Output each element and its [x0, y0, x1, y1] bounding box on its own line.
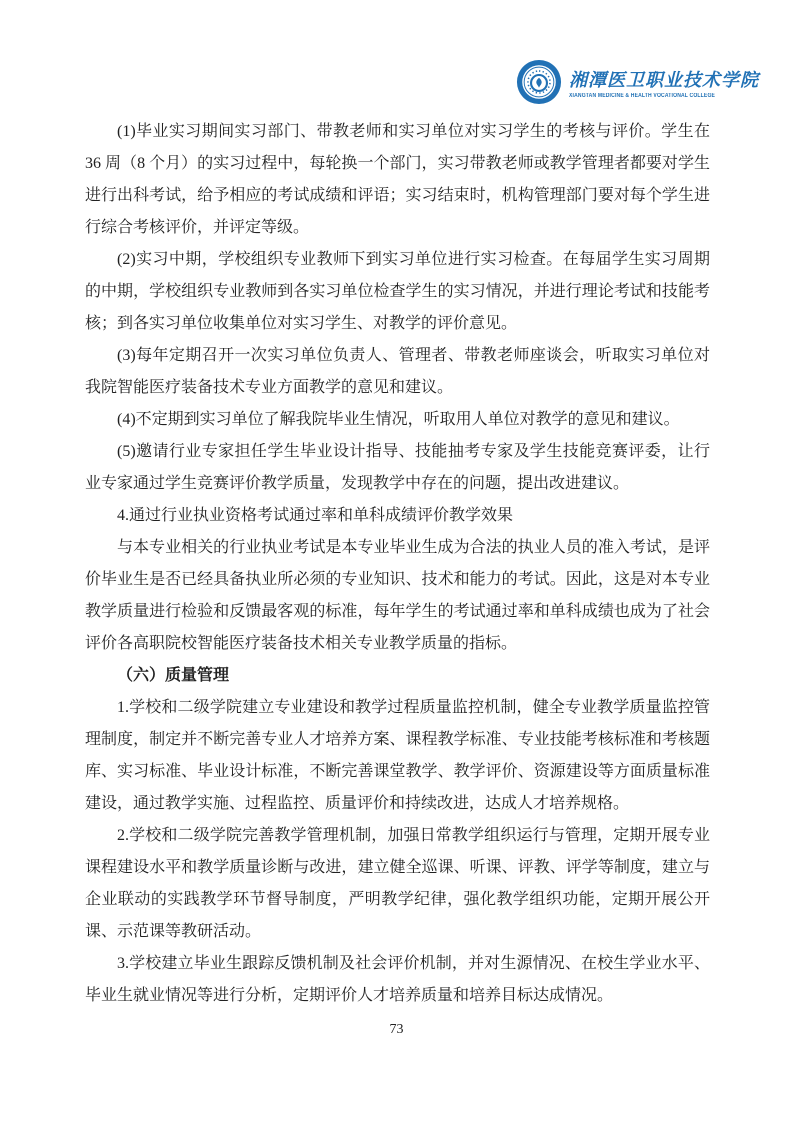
- paragraph-1: (1)毕业实习期间实习部门、带教老师和实习单位对实习学生的考核与评价。学生在 3…: [85, 116, 710, 244]
- paragraph-4: (4)不定期到实习单位了解我院毕业生情况，听取用人单位对教学的意见和建议。: [85, 404, 710, 436]
- paragraph-6: 4.通过行业执业资格考试通过率和单科成绩评价教学效果: [85, 500, 710, 532]
- college-name-zh: 湘潭医卫职业技术学院: [569, 66, 759, 92]
- college-name-en: XIANGTAN MEDICINE & HEALTH VOCATIONAL CO…: [569, 93, 729, 99]
- college-name: 湘潭医卫职业技术学院 XIANGTAN MEDICINE & HEALTH VO…: [569, 66, 759, 99]
- section-heading-quality-management: （六）质量管理: [85, 660, 710, 692]
- paragraph-5: (5)邀请行业专家担任学生毕业设计指导、技能抽考专家及学生技能竞赛评委，让行业专…: [85, 436, 710, 500]
- paragraph-7: 与本专业相关的行业执业考试是本专业毕业生成为合法的执业人员的准入考试，是评价毕业…: [85, 532, 710, 660]
- college-logo: 湘潭医卫职业技术学院 XIANGTAN MEDICINE & HEALTH VO…: [516, 59, 759, 105]
- paragraph-11: 3.学校建立毕业生跟踪反馈机制及社会评价机制，并对生源情况、在校生学业水平、毕业…: [85, 948, 710, 1012]
- paragraph-3: (3)每年定期召开一次实习单位负责人、管理者、带教老师座谈会，听取实习单位对我院…: [85, 340, 710, 404]
- paragraph-9: 1.学校和二级学院建立专业建设和教学过程质量监控机制，健全专业教学质量监控管理制…: [85, 692, 710, 820]
- document-body: (1)毕业实习期间实习部门、带教老师和实习单位对实习学生的考核与评价。学生在 3…: [85, 116, 710, 1012]
- paragraph-10: 2.学校和二级学院完善教学管理机制，加强日常教学组织运行与管理，定期开展专业课程…: [85, 820, 710, 948]
- page-number: 73: [0, 1022, 793, 1038]
- paragraph-2: (2)实习中期，学校组织专业教师下到实习单位进行实习检查。在每届学生实习周期的中…: [85, 244, 710, 340]
- college-seal-icon: [516, 59, 562, 105]
- document-page: 湘潭医卫职业技术学院 XIANGTAN MEDICINE & HEALTH VO…: [0, 0, 793, 1122]
